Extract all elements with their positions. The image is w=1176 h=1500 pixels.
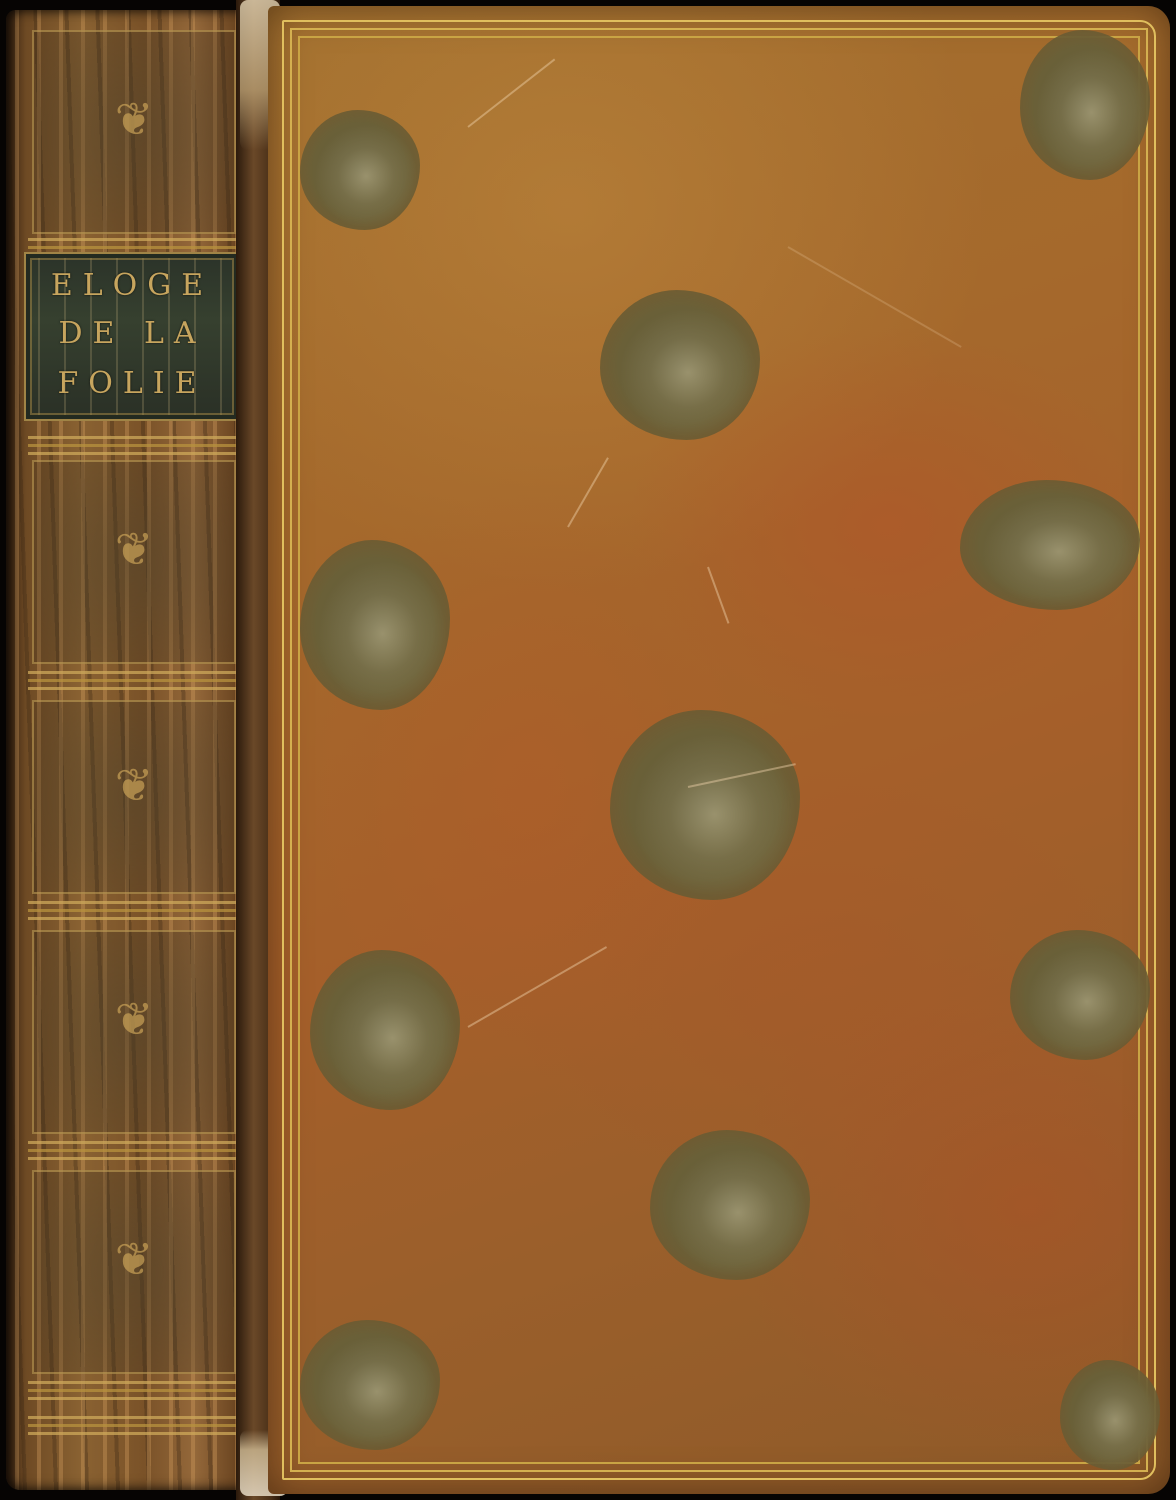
floral-ornament-icon: ❦	[115, 992, 154, 1046]
title-line-3: FOLIE	[26, 366, 238, 401]
spine-band	[28, 1410, 240, 1440]
stain	[300, 540, 450, 710]
stain	[960, 480, 1140, 610]
title-line-2: DE LA	[26, 316, 238, 351]
stain	[610, 710, 800, 900]
spine-title-label: ELOGE DE LA FOLIE	[24, 252, 240, 421]
spine-band	[28, 895, 240, 925]
spine-panel: ❦	[32, 930, 236, 1134]
spine-panel: ❦	[32, 460, 236, 664]
title-line-1: ELOGE	[26, 268, 238, 303]
scratch	[788, 246, 962, 348]
stain	[310, 950, 460, 1110]
stain	[650, 1130, 810, 1280]
stain	[1060, 1360, 1160, 1470]
spine-panel: ❦	[32, 700, 236, 894]
spine-band	[28, 1375, 240, 1405]
stain	[1020, 30, 1150, 180]
spine-band	[28, 430, 240, 460]
stain	[1010, 930, 1150, 1060]
scratch	[467, 58, 555, 127]
stain	[600, 290, 760, 440]
floral-ornament-icon: ❦	[115, 758, 154, 812]
stain	[300, 1320, 440, 1450]
spine-panel-top: ❦	[32, 30, 236, 234]
floral-ornament-icon: ❦	[115, 522, 154, 576]
floral-ornament-icon: ❦	[115, 1232, 154, 1286]
stain	[300, 110, 420, 230]
spine-band	[28, 665, 240, 695]
spine-band	[28, 1135, 240, 1165]
scratch	[468, 946, 608, 1028]
scratch	[567, 457, 609, 527]
front-board	[268, 6, 1170, 1494]
floral-ornament-icon: ❦	[115, 92, 154, 146]
book-photo: ❦ ELOGE DE LA FOLIE ❦ ❦ ❦ ❦	[0, 0, 1176, 1500]
spine-panel: ❦	[32, 1170, 236, 1374]
book-spine: ❦ ELOGE DE LA FOLIE ❦ ❦ ❦ ❦	[6, 10, 258, 1490]
scratch	[707, 567, 729, 624]
